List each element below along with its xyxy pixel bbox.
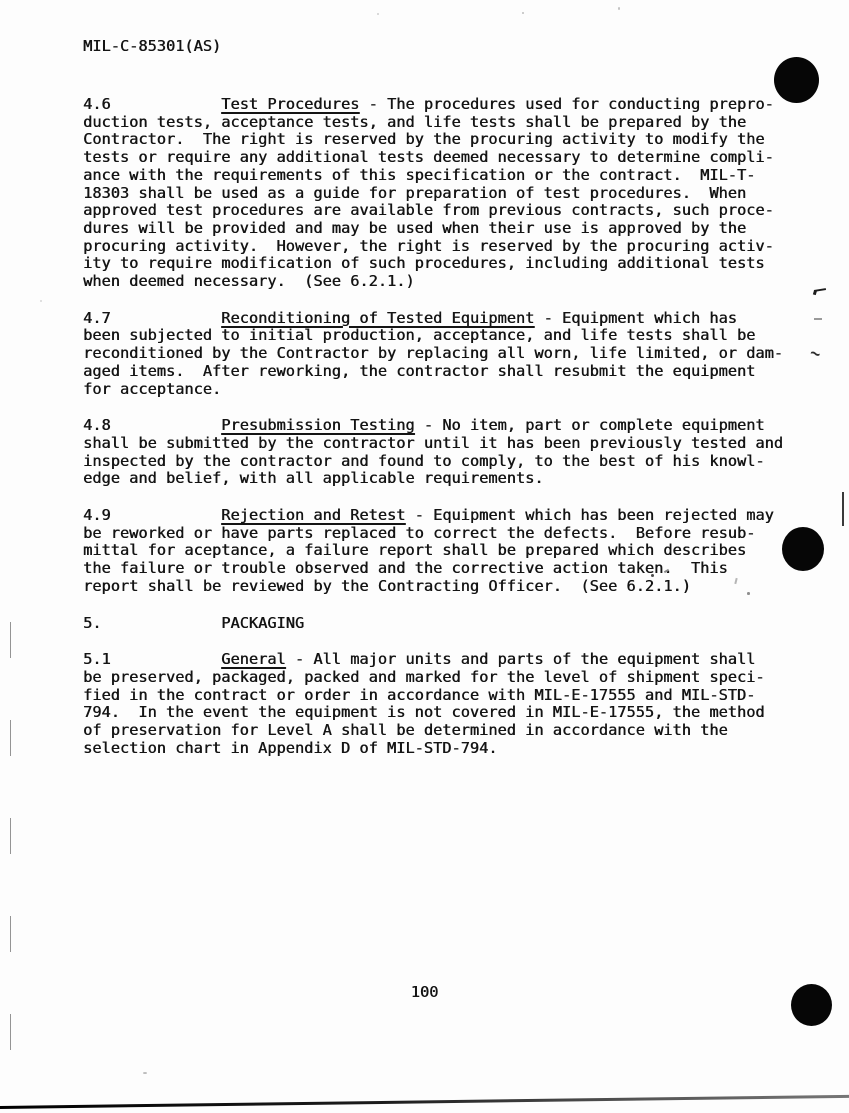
section-heading: Presubmission Testing	[221, 416, 414, 434]
scanned-page: MIL-C-85301(AS) 4.6 Test Procedures - Th…	[0, 0, 849, 1113]
section-text: PACKAGING	[221, 614, 304, 632]
scan-speck	[522, 12, 524, 14]
section-number: 4.8	[83, 416, 221, 434]
section-number: 4.6	[83, 95, 221, 113]
paragraph-4-7: 4.7 Reconditioning of Tested Equipment -…	[83, 310, 803, 399]
paragraph-4-9: 4.9 Rejection and Retest - Equipment whi…	[83, 507, 803, 596]
hole-punch-mark-bottom	[791, 984, 832, 1026]
section-text: - The procedures used for conducting pre…	[83, 95, 774, 290]
section-number: 4.9	[83, 506, 221, 524]
scan-speck	[618, 7, 620, 10]
margin-dash-mark	[814, 318, 822, 320]
paragraph-5: 5. PACKAGING	[83, 615, 803, 633]
ink-smudge	[747, 592, 750, 595]
page-number: 100	[0, 984, 849, 1002]
paragraph-4-6: 4.6 Test Procedures - The procedures use…	[83, 96, 803, 291]
section-heading: Test Procedures	[221, 95, 359, 113]
page-bottom-edge-line	[0, 1095, 849, 1109]
section-number: 5.1	[83, 650, 221, 668]
ink-smudge	[651, 574, 654, 577]
paragraph-4-8: 4.8 Presubmission Testing - No item, par…	[83, 417, 803, 488]
section-number: 5.	[83, 614, 221, 632]
section-number: 4.7	[83, 309, 221, 327]
scan-speck	[377, 13, 379, 15]
paragraph-5-1: 5.1 General - All major units and parts …	[83, 651, 803, 757]
section-heading: General	[221, 650, 285, 668]
scan-speck	[40, 300, 42, 302]
document-id: MIL-C-85301(AS)	[83, 38, 221, 56]
section-heading: Reconditioning of Tested Equipment	[221, 309, 534, 327]
margin-pen-mark	[814, 288, 826, 292]
document-body: 4.6 Test Procedures - The procedures use…	[83, 96, 803, 758]
margin-squiggle-mark: ~	[807, 343, 823, 365]
hole-punch-mark-middle	[782, 527, 824, 571]
left-margin-scan-line	[10, 622, 11, 1100]
hole-punch-mark-top	[774, 57, 819, 103]
section-heading: Rejection and Retest	[221, 506, 405, 524]
scan-speck	[143, 1072, 147, 1074]
right-edge-line-mark	[842, 492, 844, 526]
